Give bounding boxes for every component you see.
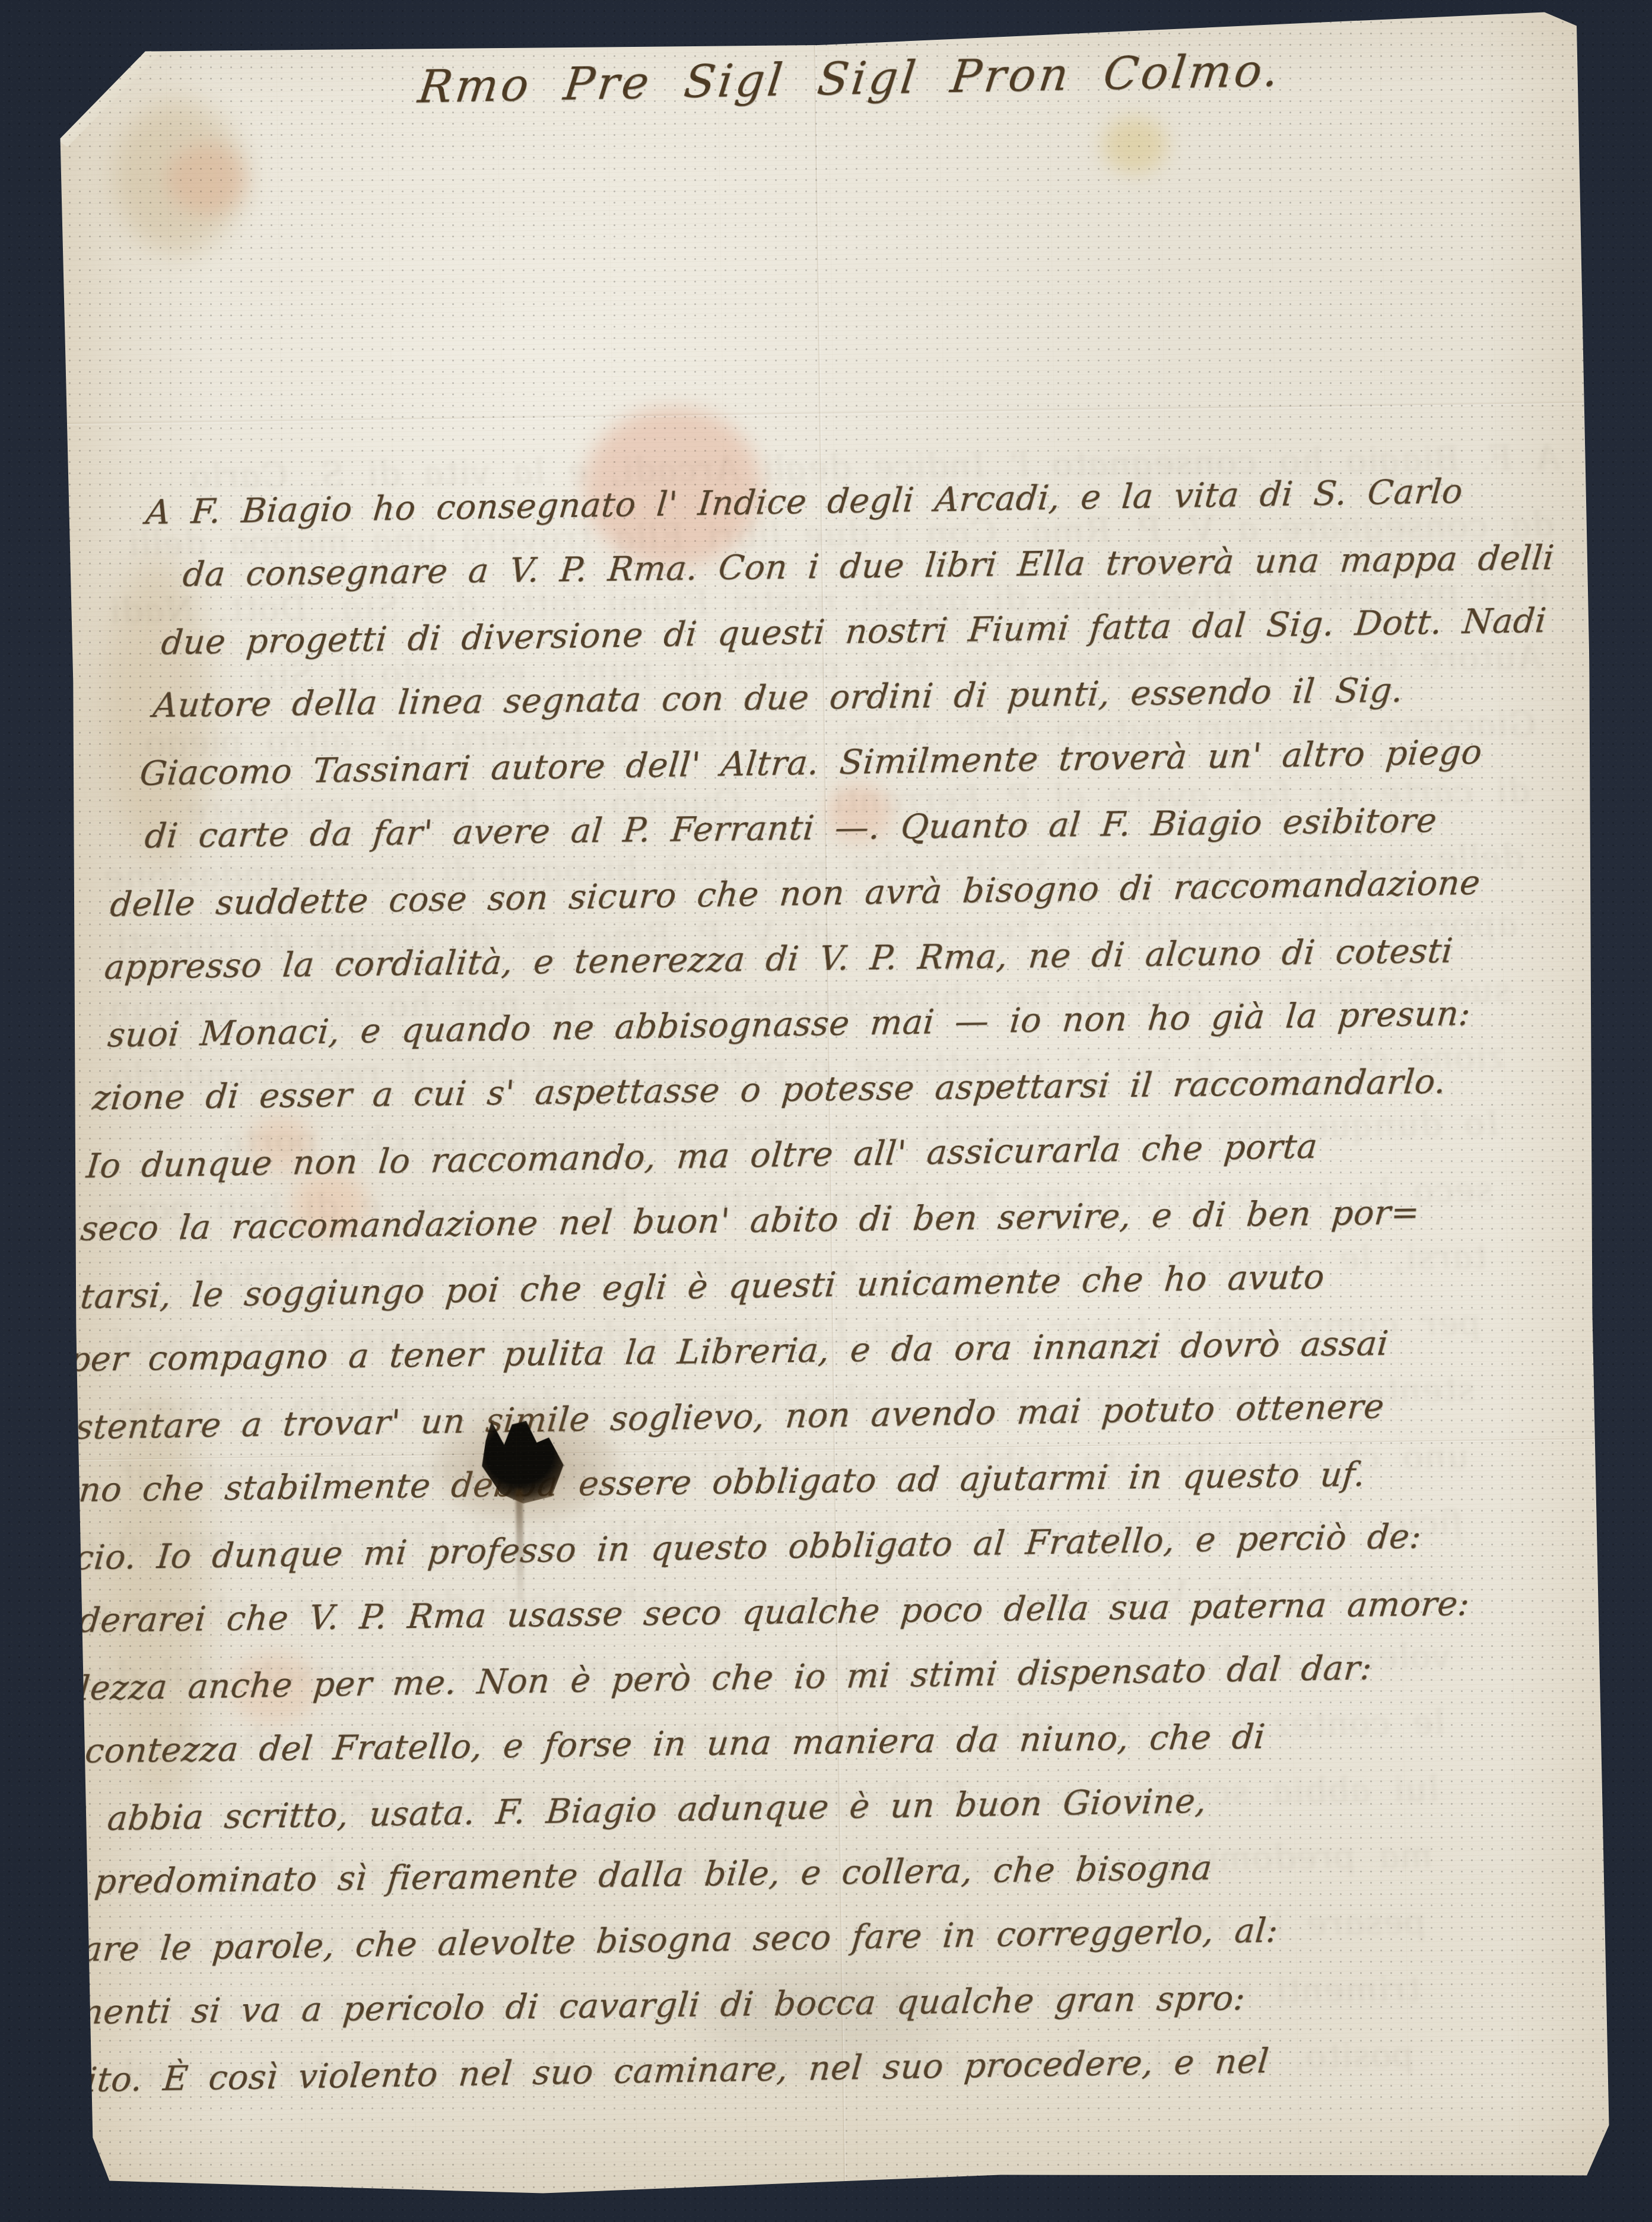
letter-line: da consegnare a V. P. Rma. Con i due lib… bbox=[180, 525, 1558, 607]
stain bbox=[110, 1393, 211, 1810]
letter-line: volezza anche per me. Non è però che io … bbox=[33, 1622, 1454, 1708]
paper-fold-topleft bbox=[56, 44, 163, 147]
letter-line: da consegnare a V. P. Rma. Con i due lib… bbox=[136, 491, 1557, 577]
letter-line: lui abbia scritto, usata. F. Biagio adun… bbox=[40, 1764, 1445, 1852]
letter-line: Autore della linea segnata con due ordin… bbox=[150, 656, 1546, 738]
ink-blot-hole bbox=[473, 1418, 576, 1504]
stain bbox=[826, 783, 892, 843]
letter-line: appresso la cordialità, e tenerezza di V… bbox=[100, 890, 1521, 976]
horizontal-fold-crease bbox=[61, 401, 1587, 426]
letter-line: Io dunque non lo raccomando, ma oltre al… bbox=[84, 1111, 1504, 1199]
letter-line: posito. È così violento nel suo caminare… bbox=[23, 2026, 1421, 2114]
letter-line: volezza anche per me. Non è però che io … bbox=[36, 1634, 1457, 1722]
letter-content: A F. Biagio ho consegnato l' Indice degl… bbox=[1, 459, 1564, 2113]
letter-line: posito. È così violento nel suo caminare… bbox=[0, 2021, 1418, 2107]
letter-line: suoi Monaci, e quando ne abbisognasse ma… bbox=[105, 980, 1516, 1068]
letter-line: delle suddette cose son sicuro che non a… bbox=[106, 824, 1527, 910]
letter-line: trimenti si va a pericolo di cavargli di… bbox=[3, 1955, 1424, 2041]
letter-line: ficio. Io dunque mi professo in questo o… bbox=[48, 1503, 1469, 1591]
letter-line: ficio. Io dunque mi professo in questo o… bbox=[46, 1489, 1466, 1575]
letter-line: seco la raccomandazione nel buon' abito … bbox=[78, 1179, 1498, 1261]
vertical-fold-crease bbox=[813, 19, 846, 2192]
letter-line: trimenti si va a pericolo di cavargli di… bbox=[27, 1963, 1427, 2046]
letter-line: stentare a trovar' un simile soglievo, n… bbox=[58, 1356, 1478, 1442]
salutation-line: Rmo Pre Sigl Sigl Pron Colmo. bbox=[415, 43, 1285, 113]
letter-line: le contezza del Fratello, e forse in una… bbox=[27, 1689, 1448, 1775]
letter-line: appresso la cordialità, e tenerezza di V… bbox=[101, 918, 1522, 1000]
letter-line: A F. Biagio ho consegnato l' Indice degl… bbox=[142, 424, 1563, 510]
letter-line: di carte da far' avere al P. Ferranti —.… bbox=[112, 757, 1533, 843]
letter-line: zione di esser a cui s' aspettasse o pot… bbox=[90, 1048, 1510, 1131]
letter-line: delle suddette cose son sicuro che non a… bbox=[107, 849, 1528, 937]
ink-drip bbox=[516, 1489, 525, 1614]
letter-line: due progetti di diversione di questi nos… bbox=[131, 557, 1551, 643]
letter-line: per compagno a tener pulita la Libreria,… bbox=[66, 1310, 1486, 1392]
letter-line: seco la raccomandazione nel buon' abito … bbox=[76, 1156, 1497, 1242]
letter-line: uno che stabilmente debba essere obbliga… bbox=[52, 1423, 1472, 1509]
stain bbox=[112, 99, 245, 255]
letter-sheet: A F. Biagio ho consegnato l' Indice degl… bbox=[55, 8, 1612, 2203]
letter-line: stentare a trovar' un simile soglievo, n… bbox=[73, 1372, 1481, 1460]
letter-line: per compagno a tener pulita la Libreria,… bbox=[63, 1290, 1484, 1376]
stain bbox=[166, 143, 247, 215]
letter-line: uno che stabilmente debba essere obbliga… bbox=[54, 1440, 1475, 1523]
letter-line: le contezza del Fratello, e forse in una… bbox=[30, 1702, 1451, 1785]
letter-line: siderarei che V. P. Rma usasse seco qual… bbox=[47, 1571, 1463, 1653]
ink-stain-halo bbox=[430, 1405, 622, 1526]
letter-line: suoi Monaci, e quando ne abbisognasse ma… bbox=[94, 957, 1514, 1043]
letter-line: di carte da far' avere al P. Ferranti —.… bbox=[142, 787, 1534, 869]
letter-line: pesare le parole, che alevolte bisogna s… bbox=[19, 1896, 1432, 1983]
letter-line: tarsi, le soggiungo poi che egli è quest… bbox=[70, 1223, 1491, 1309]
letter-line: ma predominato sì fieramente dalla bile,… bbox=[15, 1822, 1436, 1908]
letter-line: tarsi, le soggiungo poi che egli è quest… bbox=[78, 1242, 1492, 1329]
show-through-text: A F. Biagio ho consegnato l' Indice degl… bbox=[0, 424, 1563, 2108]
letter-line: zione di esser a cui s' aspettasse o pot… bbox=[88, 1023, 1508, 1109]
photo-background: A F. Biagio ho consegnato l' Indice degl… bbox=[0, 0, 1652, 2222]
letter-line: pesare le parole, che alevolte bisogna s… bbox=[9, 1888, 1430, 1975]
stain bbox=[104, 556, 215, 866]
letter-line: ma predominato sì fieramente dalla bile,… bbox=[18, 1833, 1439, 1915]
letter-line: A F. Biagio ho consegnato l' Indice degl… bbox=[143, 457, 1564, 545]
letter-line: Giacomo Tassinari autore dell' Altra. Si… bbox=[118, 690, 1539, 776]
letter-line: siderarei che V. P. Rma usasse seco qual… bbox=[40, 1556, 1460, 1642]
stain bbox=[699, 1964, 949, 2062]
stain bbox=[1102, 116, 1168, 174]
letter-line: Io dunque non lo raccomando, ma oltre al… bbox=[82, 1090, 1502, 1176]
stain bbox=[229, 1652, 319, 1725]
letter-line: Autore della linea segnata con due ordin… bbox=[124, 624, 1545, 710]
stain bbox=[290, 1171, 368, 1240]
horizontal-fold-crease bbox=[75, 1437, 1601, 1462]
letter-line: lui abbia scritto, usata. F. Biagio adun… bbox=[21, 1756, 1442, 1842]
stain bbox=[583, 406, 763, 569]
stain bbox=[248, 1115, 314, 1173]
letter-line: due progetti di diversione di questi nos… bbox=[158, 588, 1552, 676]
letter-line: Giacomo Tassinari autore dell' Altra. Si… bbox=[137, 719, 1540, 807]
